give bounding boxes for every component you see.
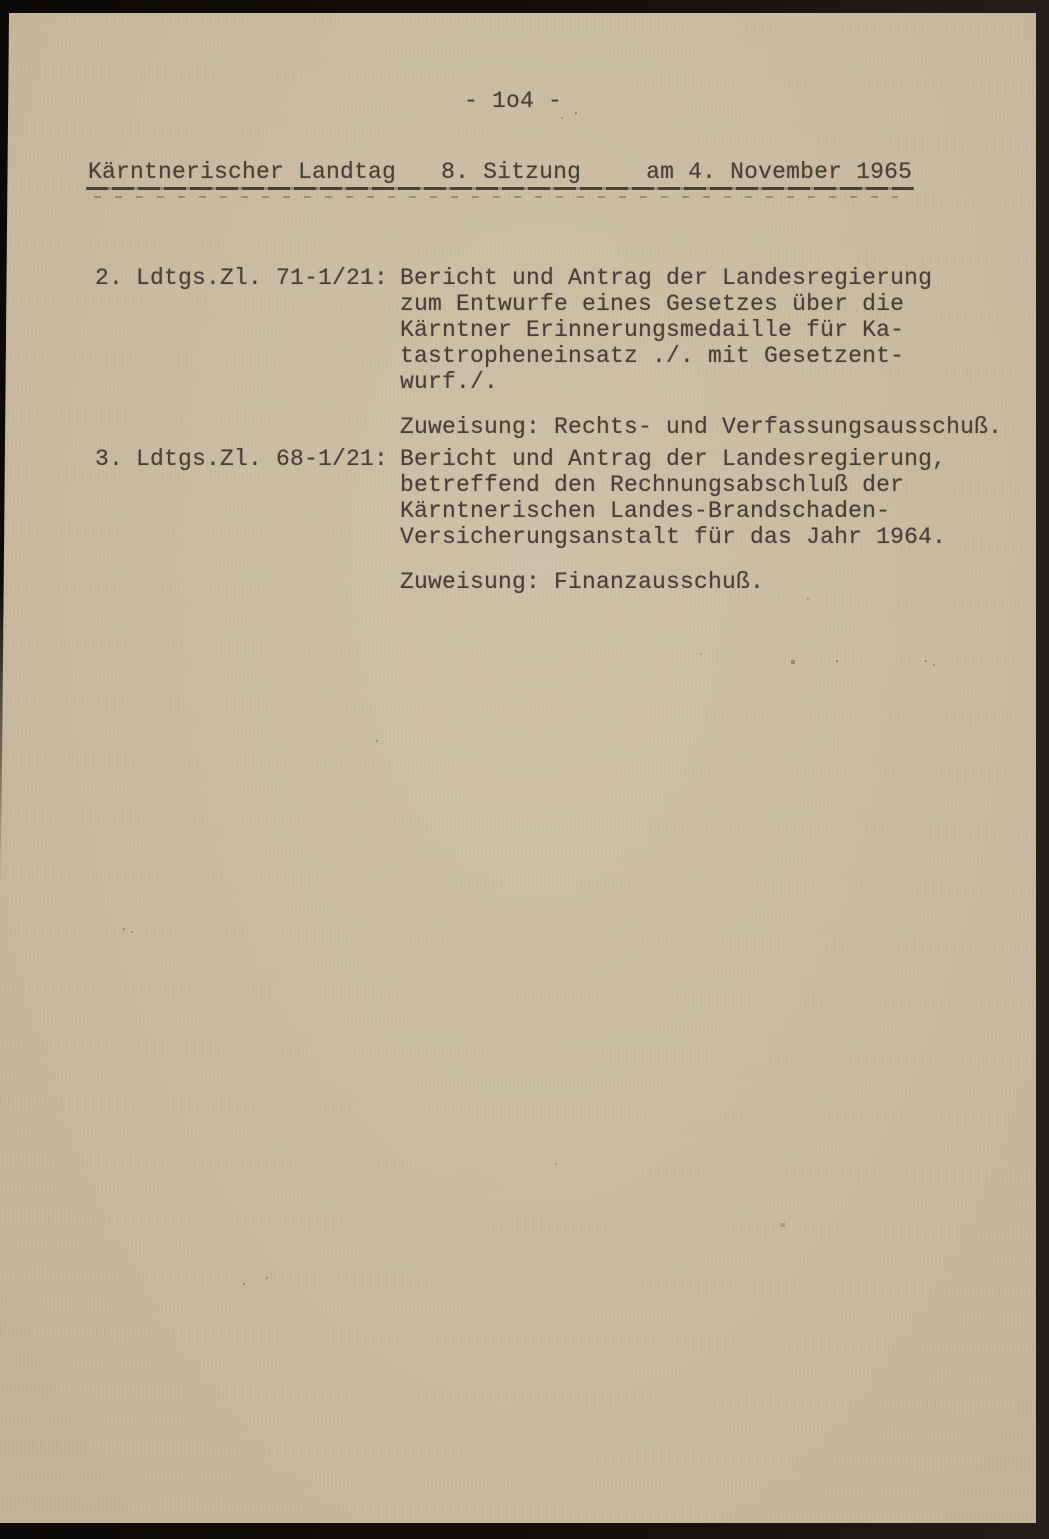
agenda-item-3: 3.Ldtgs.Zl. 68-1/21: Bericht und Antrag … [0, 446, 1036, 595]
item-text: Bericht und Antrag der Landesregierung z… [400, 265, 1036, 395]
item-number: 2. [95, 265, 136, 291]
item-reference: 3.Ldtgs.Zl. 68-1/21: [95, 446, 388, 472]
item-file-number: Ldtgs.Zl. 71-1/21: [136, 265, 388, 291]
header-underline-echo [94, 196, 898, 198]
document-page: - 1o4 - Kärntnerischer Landtag8. Sitzung… [0, 13, 1036, 1523]
agenda-list: 2.Ldtgs.Zl. 71-1/21: Bericht und Antrag … [0, 265, 1036, 595]
item-file-number: Ldtgs.Zl. 68-1/21: [136, 446, 388, 472]
item-reference: 2.Ldtgs.Zl. 71-1/21: [95, 265, 388, 291]
agenda-item-2: 2.Ldtgs.Zl. 71-1/21: Bericht und Antrag … [0, 265, 1036, 440]
item-assignment: Zuweisung: Rechts- und Verfassungsaussch… [400, 414, 1036, 440]
page-header: Kärntnerischer Landtag8. Sitzungam 4. No… [88, 159, 908, 185]
page-number: - 1o4 - [464, 88, 562, 114]
header-underline [86, 187, 914, 190]
item-text: Bericht und Antrag der Landesregierung, … [400, 446, 1036, 550]
scan-background: - 1o4 - Kärntnerischer Landtag8. Sitzung… [0, 0, 1049, 1539]
item-number: 3. [95, 446, 136, 472]
header-session-label: 8. Sitzung [441, 159, 581, 185]
header-title: Kärntnerischer Landtag [88, 159, 396, 185]
item-assignment: Zuweisung: Finanzausschuß. [400, 569, 1036, 595]
header-date-label: am 4. November 1965 [646, 159, 912, 185]
